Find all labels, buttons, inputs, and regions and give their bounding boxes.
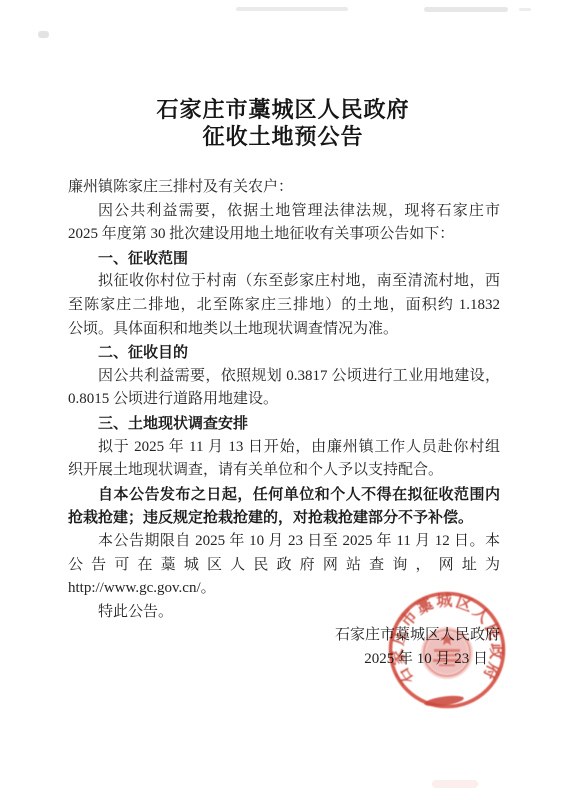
body-line: 公顷。具体面积和地类以土地现状调查情况为准。 [68,318,500,342]
body-line: 至陈家庄二排地，北至陈家庄三排地）的土地，面积约 1.1832 [68,294,500,318]
scan-artifact [236,7,348,11]
signature-org: 石家庄市藁城区人民政府 [68,624,500,648]
document-title: 石家庄市藁城区人民政府 征收土地预公告 [0,96,566,150]
salutation: 廉州镇陈家庄三排村及有关农户： [68,176,500,200]
body-line: 拟于 2025 年 11 月 13 日开始，由廉州镇工作人员赴你村组 [68,436,500,460]
body-line: 织开展土地现状调查，请有关单位和个人予以支持配合。 [68,459,500,483]
section-heading-1: 一、征收范围 [68,247,500,271]
body-line: 本公告期限自 2025 年 10 月 23 日至 2025 年 11 月 12 … [68,530,500,554]
body-line: 拟征收你村位于村南（东至彭家庄村地，南至清流村地，西 [68,270,500,294]
scan-artifact [38,31,49,38]
closing-line: 特此公告。 [68,601,500,625]
scan-artifact [519,8,531,11]
body-line: 因公共利益需要，依据土地管理法律法规，现将石家庄市 [68,200,500,224]
section-heading-3: 三、土地现状调查安排 [68,412,500,436]
seal-bottom-mark [424,694,465,708]
scan-artifact [432,780,478,788]
announcement-document: 石家庄市藁城区人民政府 征收土地预公告 廉州镇陈家庄三排村及有关农户： 因公共利… [0,0,566,800]
document-body: 廉州镇陈家庄三排村及有关农户： 因公共利益需要，依据土地管理法律法规，现将石家庄… [68,176,500,671]
section-heading-2: 二、征收目的 [68,341,500,365]
body-line: 2025 年度第 30 批次建设用地土地征收有关事项公告如下： [68,223,500,247]
scan-artifact [424,7,508,12]
warning-line: 抢栽抢建；违反规定抢栽抢建的，对抢栽抢建部分不予补偿。 [68,506,500,530]
body-line: 0.8015 公顷进行道路用地建设。 [68,388,500,412]
body-line: 因公共利益需要，依照规划 0.3817 公顷进行工业用地建设， [68,365,500,389]
warning-line: 自本公告发布之日起，任何单位和个人不得在拟征收范围内 [68,483,500,507]
signature-date: 2025 年 10 月 23 日 [68,648,500,672]
title-line-2: 征收土地预公告 [0,123,566,150]
body-line: 公告可在藁城区人民政府网站查询，网址为 [68,554,500,578]
website-url: http://www.gc.gov.cn/。 [68,577,500,601]
title-line-1: 石家庄市藁城区人民政府 [0,96,566,123]
